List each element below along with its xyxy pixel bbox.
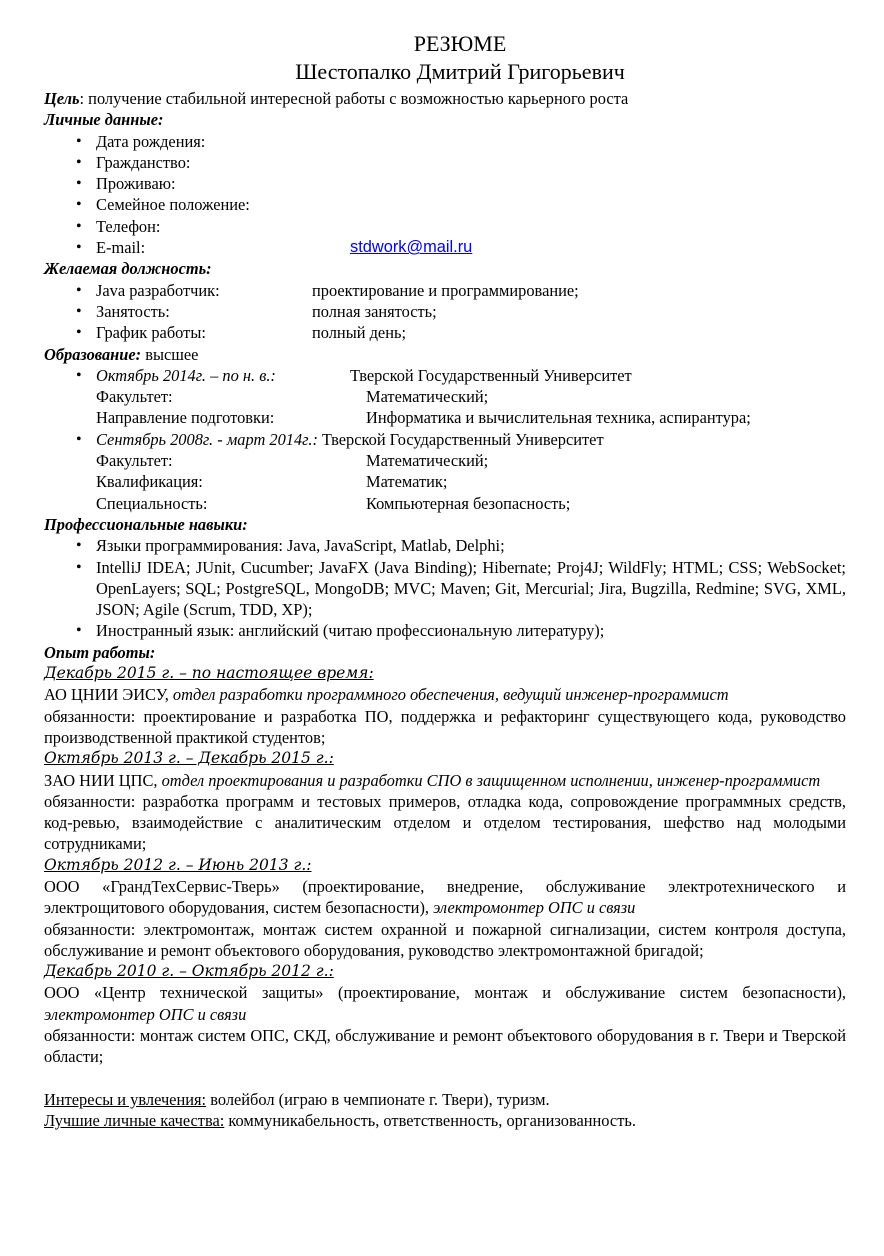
position-item: График работы:полный день; (44, 322, 846, 343)
job-duties: обязанности: разработка программ и тесто… (44, 791, 846, 855)
job-duties: обязанности: проектирование и разработка… (44, 706, 846, 749)
position-list: Java разработчик:проектирование и програ… (44, 280, 846, 344)
education-entry: Сентябрь 2008г. - март 2014г.:Тверской Г… (44, 429, 846, 450)
job-entry: Декабрь 2010 г. – Октябрь 2012 г.: ООО «… (44, 961, 846, 1067)
personal-heading: Личные данные: (44, 109, 846, 130)
job-entry: Октябрь 2013 г. – Декабрь 2015 г.: ЗАО Н… (44, 748, 846, 854)
education-entry: Октябрь 2014г. – по н. в.:Тверской Госуд… (44, 365, 846, 386)
personal-item: Дата рождения: (44, 131, 846, 152)
goal-text: : получение стабильной интересной работы… (80, 89, 629, 108)
job-company-line: ООО «ГрандТехСервис-Тверь» (проектирован… (44, 876, 846, 919)
job-company-line: ООО «Центр технической защиты» (проектир… (44, 982, 846, 1025)
interests-label: Интересы и увлечения: (44, 1090, 206, 1109)
education-line: Образование: высшее (44, 344, 846, 365)
candidate-name: Шестопалко Дмитрий Григорьевич (74, 58, 846, 86)
document-title: РЕЗЮМЕ (74, 30, 846, 58)
education-detail: Факультет:Математический; (44, 386, 846, 407)
skills-list: Языки программирования: Java, JavaScript… (44, 535, 846, 641)
education-detail: Направление подготовки:Информатика и выч… (44, 407, 846, 428)
skill-item: Языки программирования: Java, JavaScript… (44, 535, 846, 556)
education-list: Сентябрь 2008г. - март 2014г.:Тверской Г… (44, 429, 846, 450)
qualities-text: коммуникабельность, ответственность, орг… (224, 1111, 636, 1130)
goal-line: Цель: получение стабильной интересной ра… (44, 88, 846, 109)
resume-document: РЕЗЮМЕ Шестопалко Дмитрий Григорьевич Це… (44, 30, 846, 1131)
job-company-line: ЗАО НИИ ЦПС, отдел проектирования и разр… (44, 770, 846, 791)
education-list: Октябрь 2014г. – по н. в.:Тверской Госуд… (44, 365, 846, 386)
goal-label: Цель (44, 89, 80, 108)
personal-item: Проживаю: (44, 173, 846, 194)
education-heading: Образование: (44, 345, 141, 364)
job-period: Октябрь 2012 г. – Июнь 2013 г.: (44, 855, 846, 876)
job-entry: Октябрь 2012 г. – Июнь 2013 г.: ООО «Гра… (44, 855, 846, 961)
job-entry: Декабрь 2015 г. – по настоящее время: АО… (44, 663, 846, 748)
personal-item-email: E-mail:stdwork@mail.ru (44, 237, 846, 258)
job-duties: обязанности: монтаж систем ОПС, СКД, обс… (44, 1025, 846, 1068)
qualities-line: Лучшие личные качества: коммуникабельнос… (44, 1110, 846, 1131)
education-level: высшее (141, 345, 198, 364)
position-heading: Желаемая должность: (44, 258, 846, 279)
education-detail: Факультет:Математический; (44, 450, 846, 471)
skill-item: Иностранный язык: английский (читаю проф… (44, 620, 846, 641)
email-link[interactable]: stdwork@mail.ru (350, 237, 472, 258)
personal-item: Гражданство: (44, 152, 846, 173)
education-detail: Квалификация:Математик; (44, 471, 846, 492)
personal-item: Семейное положение: (44, 194, 846, 215)
job-duties: обязанности: электромонтаж, монтаж систе… (44, 919, 846, 962)
interests-text: волейбол (играю в чемпионате г. Твери), … (206, 1090, 550, 1109)
spacer (44, 1068, 846, 1089)
qualities-label: Лучшие личные качества: (44, 1111, 224, 1130)
education-detail: Специальность:Компьютерная безопасность; (44, 493, 846, 514)
position-item: Занятость:полная занятость; (44, 301, 846, 322)
position-item: Java разработчик:проектирование и програ… (44, 280, 846, 301)
job-period: Октябрь 2013 г. – Декабрь 2015 г.: (44, 748, 846, 769)
job-period: Декабрь 2015 г. – по настоящее время: (44, 663, 846, 684)
job-company-line: АО ЦНИИ ЭИСУ, отдел разработки программн… (44, 684, 846, 705)
job-period: Декабрь 2010 г. – Октябрь 2012 г.: (44, 961, 846, 982)
interests-line: Интересы и увлечения: волейбол (играю в … (44, 1089, 846, 1110)
personal-item: Телефон: (44, 216, 846, 237)
experience-heading: Опыт работы: (44, 642, 846, 663)
skill-item: IntelliJ IDEA; JUnit, Cucumber; JavaFX (… (44, 557, 846, 621)
skills-heading: Профессиональные навыки: (44, 514, 846, 535)
personal-list: Дата рождения: Гражданство: Проживаю: Се… (44, 131, 846, 259)
